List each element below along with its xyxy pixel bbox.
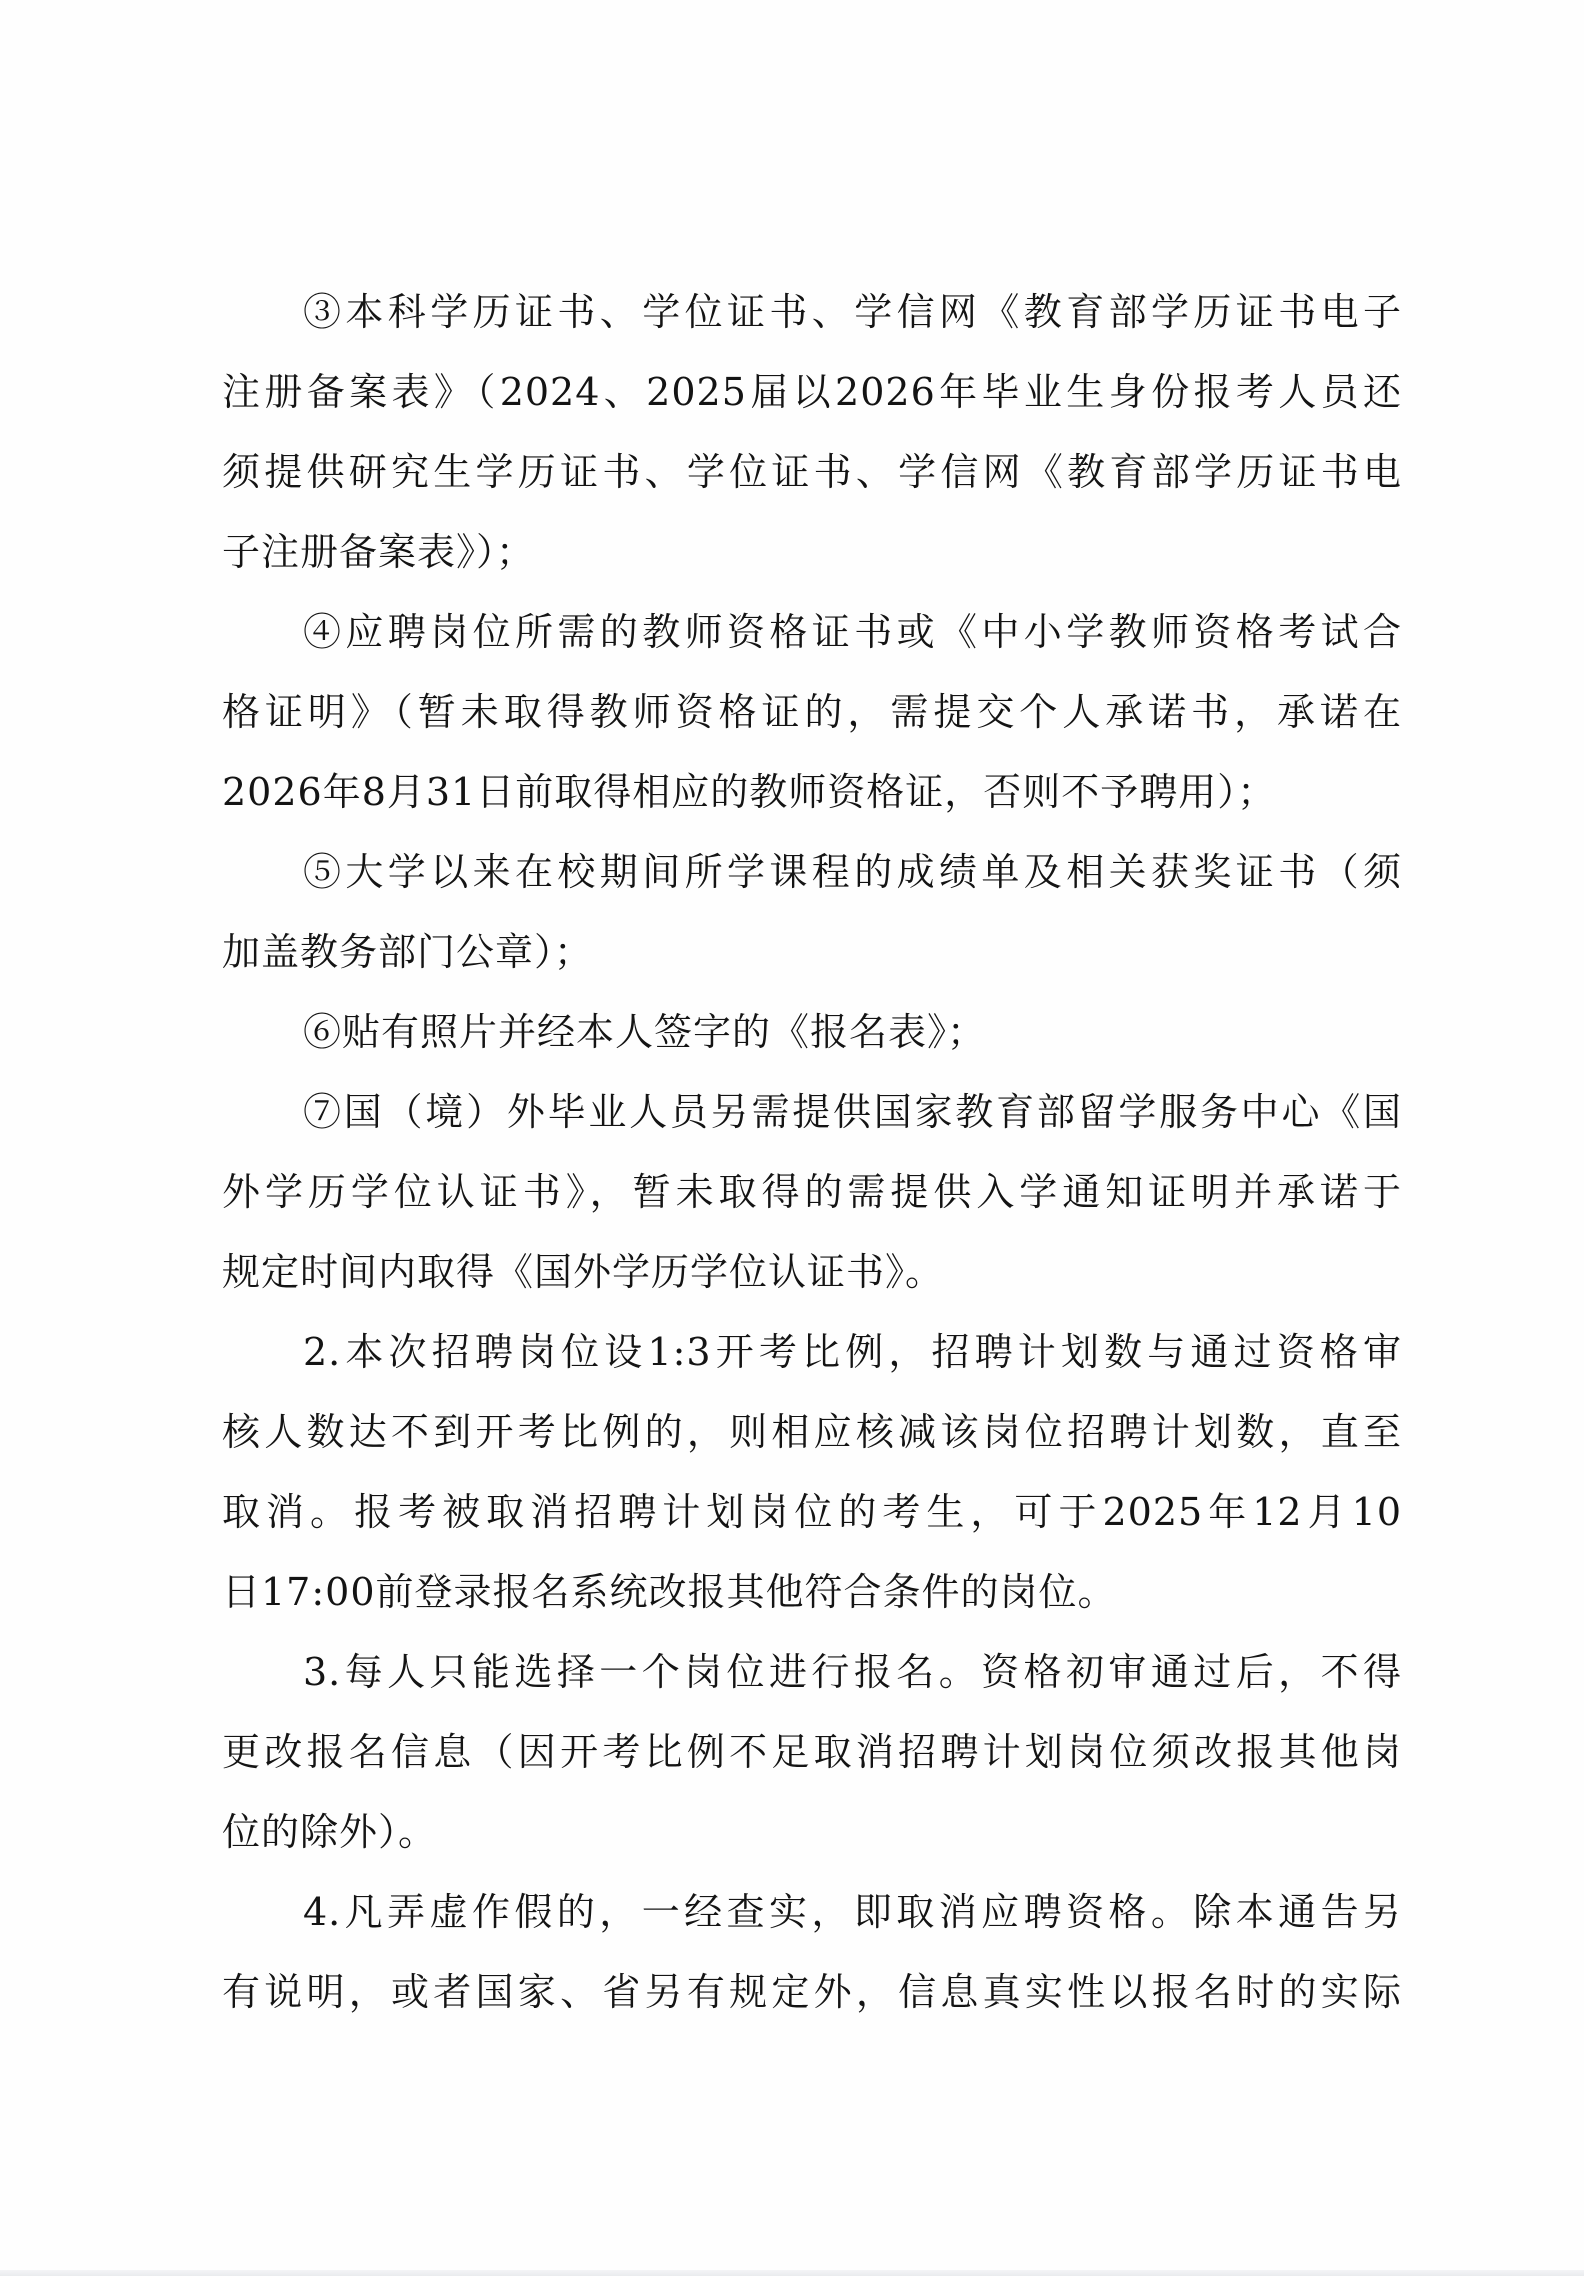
paragraph-item-6: ⑥贴有照片并经本人签字的《报名表》；: [222, 1004, 1402, 1084]
text-line: 须提供研究生学历证书、学位证书、学信网《教育部学历证书电: [222, 444, 1402, 524]
text-line: 2026年8月31日前取得相应的教师资格证，否则不予聘用）；: [222, 764, 1402, 844]
text-line: 子注册备案表》）；: [222, 524, 1402, 604]
scan-edge-divider: [0, 2270, 1584, 2276]
text-line: 注册备案表》（2024、2025届以2026年毕业生身份报考人员还: [222, 364, 1402, 444]
text-line: ⑥贴有照片并经本人签字的《报名表》；: [222, 1004, 1402, 1084]
document-page: ③本科学历证书、学位证书、学信网《教育部学历证书电子 注册备案表》（2024、2…: [0, 0, 1584, 2276]
text-line: 取消。报考被取消招聘计划岗位的考生，可于2025年12月10: [222, 1484, 1402, 1564]
text-line: ④应聘岗位所需的教师资格证书或《中小学教师资格考试合: [222, 604, 1402, 684]
paragraph-point-3: 3.每人只能选择一个岗位进行报名。资格初审通过后，不得 更改报名信息（因开考比例…: [222, 1644, 1402, 1884]
text-line: ⑤大学以来在校期间所学课程的成绩单及相关获奖证书（须: [222, 844, 1402, 924]
paragraph-item-4: ④应聘岗位所需的教师资格证书或《中小学教师资格考试合 格证明》（暂未取得教师资格…: [222, 604, 1402, 844]
text-line: 位的除外）。: [222, 1804, 1402, 1884]
paragraph-item-7: ⑦国（境）外毕业人员另需提供国家教育部留学服务中心《国 外学历学位认证书》，暂未…: [222, 1084, 1402, 1324]
paragraph-item-5: ⑤大学以来在校期间所学课程的成绩单及相关获奖证书（须 加盖教务部门公章）；: [222, 844, 1402, 1004]
text-line: 外学历学位认证书》，暂未取得的需提供入学通知证明并承诺于: [222, 1164, 1402, 1244]
text-line: ③本科学历证书、学位证书、学信网《教育部学历证书电子: [222, 284, 1402, 364]
text-line: 加盖教务部门公章）；: [222, 924, 1402, 1004]
paragraph-point-4: 4.凡弄虚作假的，一经查实，即取消应聘资格。除本通告另 有说明，或者国家、省另有…: [222, 1884, 1402, 2044]
text-line: 核人数达不到开考比例的，则相应核减该岗位招聘计划数，直至: [222, 1404, 1402, 1484]
paragraph-point-2: 2.本次招聘岗位设1:3开考比例，招聘计划数与通过资格审 核人数达不到开考比例的…: [222, 1324, 1402, 1644]
text-line: 3.每人只能选择一个岗位进行报名。资格初审通过后，不得: [222, 1644, 1402, 1724]
text-line: 规定时间内取得《国外学历学位认证书》。: [222, 1244, 1402, 1324]
text-line: 有说明，或者国家、省另有规定外，信息真实性以报名时的实际: [222, 1964, 1402, 2044]
text-line: 4.凡弄虚作假的，一经查实，即取消应聘资格。除本通告另: [222, 1884, 1402, 1964]
text-line: 2.本次招聘岗位设1:3开考比例，招聘计划数与通过资格审: [222, 1324, 1402, 1404]
text-line: ⑦国（境）外毕业人员另需提供国家教育部留学服务中心《国: [222, 1084, 1402, 1164]
text-line: 日17:00前登录报名系统改报其他符合条件的岗位。: [222, 1564, 1402, 1644]
paragraph-item-3: ③本科学历证书、学位证书、学信网《教育部学历证书电子 注册备案表》（2024、2…: [222, 284, 1402, 604]
text-line: 更改报名信息（因开考比例不足取消招聘计划岗位须改报其他岗: [222, 1724, 1402, 1804]
text-line: 格证明》（暂未取得教师资格证的，需提交个人承诺书，承诺在: [222, 684, 1402, 764]
document-body: ③本科学历证书、学位证书、学信网《教育部学历证书电子 注册备案表》（2024、2…: [222, 284, 1402, 2044]
